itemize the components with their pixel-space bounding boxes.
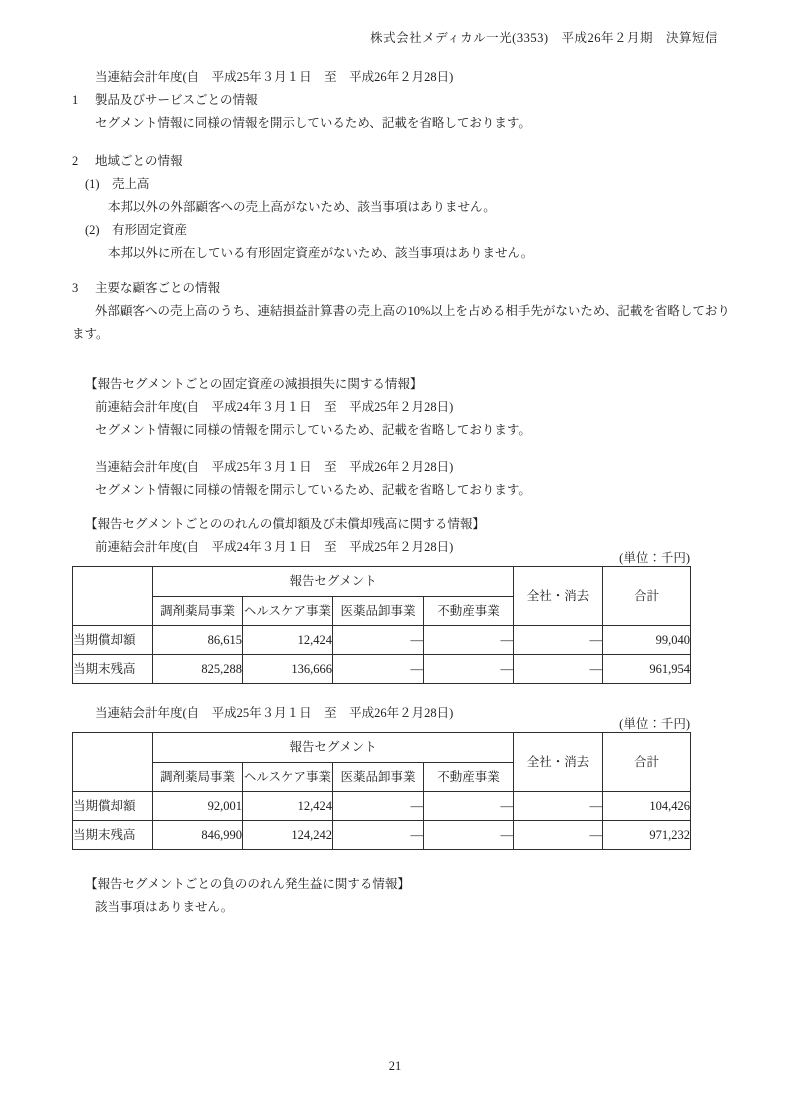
cell-value: 12,424	[243, 626, 333, 655]
section-3-body-line2: ます。	[72, 323, 718, 346]
cell-value: 136,666	[243, 655, 333, 684]
cell-value: 961,954	[603, 655, 691, 684]
corporate-elimination-header: 全社・消去	[514, 567, 603, 626]
segment-group-header: 報告セグメント	[153, 567, 514, 597]
col-header-healthcare: ヘルスケア事業	[243, 763, 333, 792]
cell-value: ―	[514, 626, 603, 655]
goodwill-prev-table: 報告セグメント 全社・消去 合計 調剤薬局事業 ヘルスケア事業 医薬品卸事業 不…	[72, 566, 691, 684]
cell-value: 825,288	[153, 655, 243, 684]
section-3-heading: 3主要な顧客ごとの情報	[72, 277, 718, 300]
section-3-title: 主要な顧客ごとの情報	[95, 281, 220, 295]
section-1-body: セグメント情報に同様の情報を開示しているため、記載を省略しております。	[72, 112, 718, 135]
document-page: 株式会社メディカル一光(3353) 平成26年２月期 決算短信 当連結会計年度(…	[0, 0, 790, 1118]
current-fiscal-period-line: 当連結会計年度(自 平成25年３月１日 至 平成26年２月28日)	[72, 66, 718, 89]
section-2-number: 2	[72, 150, 95, 173]
section-2-sub1-number: (1)	[85, 173, 112, 196]
goodwill-curr-table-block: (単位：千円) 報告セグメント 全社・消去 合計 調剤薬局事業 ヘルスケア事業	[72, 716, 690, 850]
cell-value: 92,001	[153, 792, 243, 821]
table-row: 当期末残高 825,288 136,666 ― ― ― 961,954	[73, 655, 691, 684]
cell-value: 971,232	[603, 821, 691, 850]
cell-value: ―	[333, 821, 424, 850]
cell-value: ―	[514, 821, 603, 850]
row-label-amortization: 当期償却額	[73, 792, 153, 821]
table-row: 当期償却額 92,001 12,424 ― ― ― 104,426	[73, 792, 691, 821]
col-header-pharmacy: 調剤薬局事業	[153, 597, 243, 626]
impairment-prev-period-line: 前連結会計年度(自 平成24年３月１日 至 平成25年２月28日)	[72, 396, 718, 419]
total-header: 合計	[603, 567, 691, 626]
section-2-sub2-body: 本邦以外に所在している有形固定資産がないため、該当事項はありません。	[72, 242, 718, 265]
section-2-sub2-heading: (2)有形固定資産	[72, 219, 718, 242]
col-header-pharmacy: 調剤薬局事業	[153, 763, 243, 792]
negative-goodwill-heading: 【報告セグメントごとの負ののれん発生益に関する情報】	[72, 873, 718, 896]
corporate-elimination-header: 全社・消去	[514, 733, 603, 792]
cell-value: ―	[333, 655, 424, 684]
section-2-title: 地域ごとの情報	[95, 154, 183, 168]
col-header-wholesale: 医薬品卸事業	[333, 597, 424, 626]
cell-value: ―	[514, 655, 603, 684]
cell-value: ―	[333, 626, 424, 655]
segment-group-header: 報告セグメント	[153, 733, 514, 763]
cell-value: 86,615	[153, 626, 243, 655]
section-1-number: 1	[72, 89, 95, 112]
col-header-realestate: 不動産事業	[424, 597, 514, 626]
section-2-sub2-number: (2)	[85, 219, 112, 242]
table-row: 当期償却額 86,615 12,424 ― ― ― 99,040	[73, 626, 691, 655]
goodwill-heading: 【報告セグメントごとののれんの償却額及び未償却残高に関する情報】	[72, 513, 718, 536]
row-label-ending-balance: 当期末残高	[73, 821, 153, 850]
section-2-sub2-title: 有形固定資産	[112, 223, 187, 237]
col-header-healthcare: ヘルスケア事業	[243, 597, 333, 626]
impairment-curr-body: セグメント情報に同様の情報を開示しているため、記載を省略しております。	[72, 479, 718, 502]
goodwill-prev-table-block: (単位：千円) 報告セグメント 全社・消去 合計 調剤薬局事業 ヘルスケア事業	[72, 550, 690, 684]
impairment-heading: 【報告セグメントごとの固定資産の減損損失に関する情報】	[72, 373, 718, 396]
cell-value: 12,424	[243, 792, 333, 821]
table-row: 当期末残高 846,990 124,242 ― ― ― 971,232	[73, 821, 691, 850]
section-2-sub1-heading: (1)売上高	[72, 173, 718, 196]
negative-goodwill-body: 該当事項はありません。	[72, 896, 718, 919]
row-label-ending-balance: 当期末残高	[73, 655, 153, 684]
col-header-wholesale: 医薬品卸事業	[333, 763, 424, 792]
section-1-title: 製品及びサービスごとの情報	[95, 93, 258, 107]
impairment-prev-body: セグメント情報に同様の情報を開示しているため、記載を省略しております。	[72, 419, 718, 442]
section-1-heading: 1製品及びサービスごとの情報	[72, 89, 718, 112]
cell-value: 846,990	[153, 821, 243, 850]
section-2-sub1-title: 売上高	[112, 177, 150, 191]
corner-empty-cell	[73, 567, 153, 626]
cell-value: ―	[514, 792, 603, 821]
total-header: 合計	[603, 733, 691, 792]
impairment-curr-period-line: 当連結会計年度(自 平成25年３月１日 至 平成26年２月28日)	[72, 456, 718, 479]
document-header: 株式会社メディカル一光(3353) 平成26年２月期 決算短信	[72, 30, 718, 46]
page-number: 21	[0, 1058, 790, 1074]
cell-value: 124,242	[243, 821, 333, 850]
cell-value: 104,426	[603, 792, 691, 821]
section-2-heading: 2地域ごとの情報	[72, 150, 718, 173]
section-3-body-line1: 外部顧客への売上高のうち、連結損益計算書の売上高の10%以上を占める相手先がない…	[72, 300, 718, 323]
corner-empty-cell	[73, 733, 153, 792]
col-header-realestate: 不動産事業	[424, 763, 514, 792]
page-content: 株式会社メディカル一光(3353) 平成26年２月期 決算短信 当連結会計年度(…	[0, 0, 790, 919]
cell-value: ―	[424, 655, 514, 684]
cell-value: ―	[424, 626, 514, 655]
cell-value: ―	[424, 821, 514, 850]
row-label-amortization: 当期償却額	[73, 626, 153, 655]
section-2-sub1-body: 本邦以外の外部顧客への売上高がないため、該当事項はありません。	[72, 196, 718, 219]
goodwill-curr-table: 報告セグメント 全社・消去 合計 調剤薬局事業 ヘルスケア事業 医薬品卸事業 不…	[72, 732, 691, 850]
section-3-number: 3	[72, 277, 95, 300]
cell-value: ―	[333, 792, 424, 821]
cell-value: 99,040	[603, 626, 691, 655]
cell-value: ―	[424, 792, 514, 821]
